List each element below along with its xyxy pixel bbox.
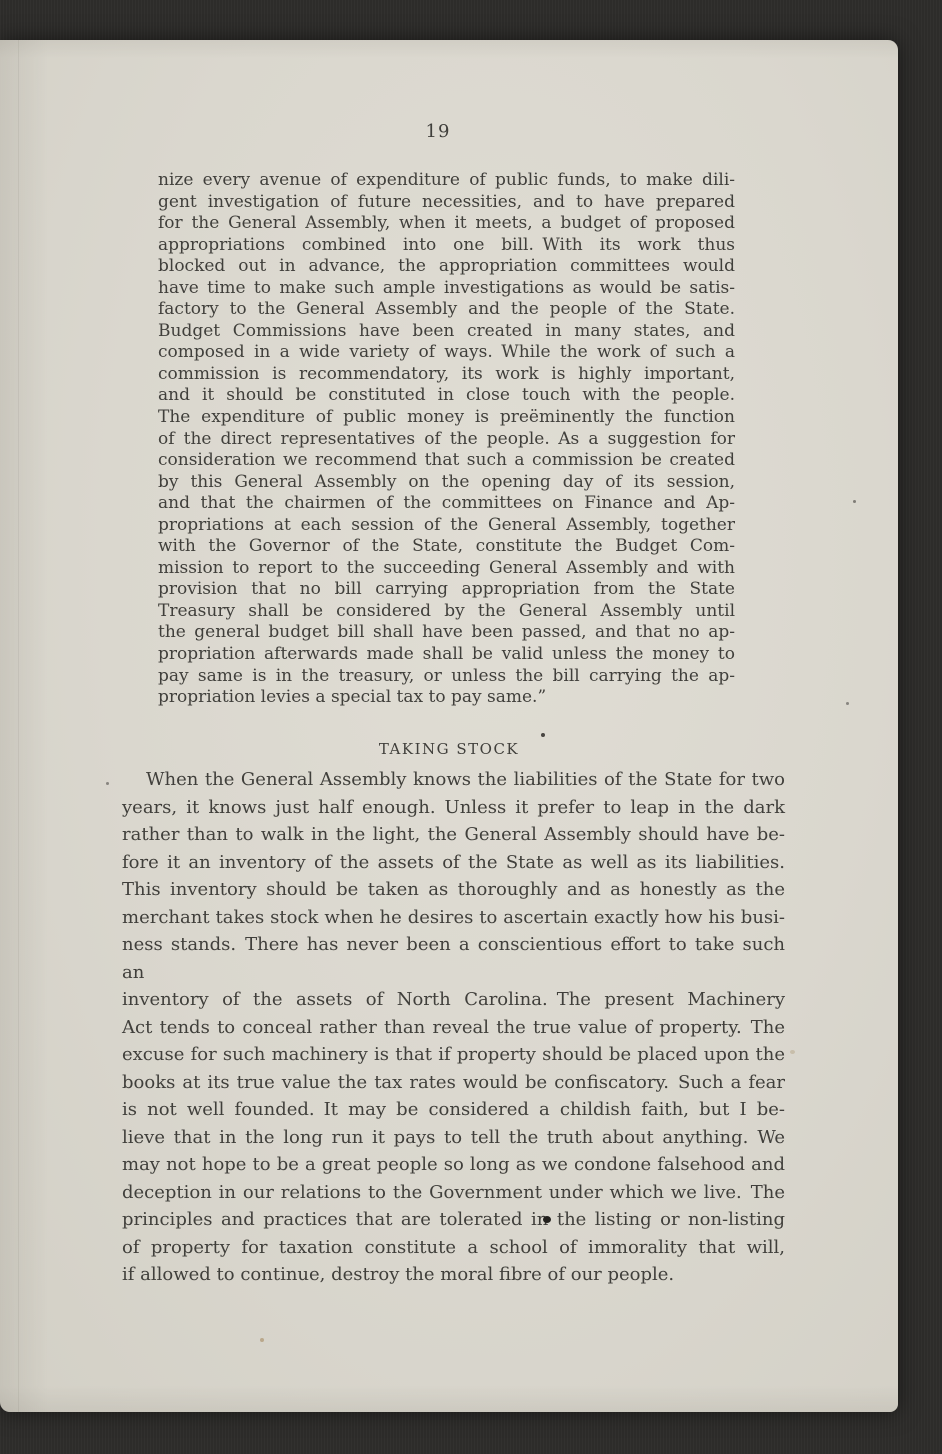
text-line: mission to report to the succeeding Gene… [158,558,735,580]
text-line: Act tends to conceal rather than reveal … [122,1014,785,1042]
text-line: is not well founded. It may be considere… [122,1096,785,1124]
book-page: 19 nize every avenue of expenditure of p… [0,40,898,1412]
ink-speck [541,733,545,737]
page-crease [18,40,19,1412]
text-line: inventory of the assets of North Carolin… [122,986,785,1014]
text-line: This inventory should be taken as thorou… [122,876,785,904]
text-line: of property for taxation constitute a sc… [122,1234,785,1262]
text-line: propriation levies a special tax to pay … [158,687,735,709]
ink-speck [853,500,856,503]
text-line: factory to the General Assembly and the … [158,299,735,321]
text-line: ness stands. There has never been a cons… [122,931,785,986]
body-paragraph: When the General Assembly knows the liab… [122,766,785,1289]
text-line: merchant takes stock when he desires to … [122,904,785,932]
text-line: propriation afterwards made shall be val… [158,644,735,666]
ink-speck [846,702,849,705]
block-quote: nize every avenue of expenditure of publ… [158,170,735,709]
text-line: propriations at each session of the Gene… [158,515,735,537]
text-line: the general budget bill shall have been … [158,622,735,644]
foxing-stain [790,1050,795,1054]
scan-backdrop: 19 nize every avenue of expenditure of p… [0,0,942,1454]
text-line: consideration we recommend that such a c… [158,450,735,472]
text-line: have time to make such ample investigati… [158,278,735,300]
page-number: 19 [0,121,876,142]
text-line: commission is recommendatory, its work i… [158,364,735,386]
foxing-stain [260,1338,264,1342]
text-line: if allowed to continue, destroy the mora… [122,1261,785,1289]
text-line: composed in a wide variety of ways. Whil… [158,342,735,364]
text-line: nize every avenue of expenditure of publ… [158,170,735,192]
text-line: When the General Assembly knows the liab… [122,766,785,794]
text-line: by this General Assembly on the opening … [158,472,735,494]
ink-speck [106,782,109,785]
text-line: excuse for such machinery is that if pro… [122,1041,785,1069]
text-line: appropriations combined into one bill. W… [158,235,735,257]
text-line: books at its true value the tax rates wo… [122,1069,785,1097]
text-line: and that the chairmen of the committees … [158,493,735,515]
text-line: rather than to walk in the light, the Ge… [122,821,785,849]
text-line: blocked out in advance, the appropriatio… [158,256,735,278]
section-heading: TAKING STOCK [0,740,898,758]
text-line: years, it knows just half enough. Unless… [122,794,785,822]
text-line: The expenditure of public money is preëm… [158,407,735,429]
text-line: Budget Commissions have been created in … [158,321,735,343]
text-line: for the General Assembly, when it meets,… [158,213,735,235]
text-line: pay same is in the treasury, or unless t… [158,666,735,688]
text-line: of the direct representatives of the peo… [158,429,735,451]
text-line: Treasury shall be considered by the Gene… [158,601,735,623]
text-line: with the Governor of the State, constitu… [158,536,735,558]
text-line: gent investigation of future necessities… [158,192,735,214]
text-line: principles and practices that are tolera… [122,1206,785,1234]
text-line: provision that no bill carrying appropri… [158,579,735,601]
text-line: may not hope to be a great people so lon… [122,1151,785,1179]
text-line: deception in our relations to the Govern… [122,1179,785,1207]
text-line: and it should be constituted in close to… [158,385,735,407]
text-line: lieve that in the long run it pays to te… [122,1124,785,1152]
text-line: fore it an inventory of the assets of th… [122,849,785,877]
